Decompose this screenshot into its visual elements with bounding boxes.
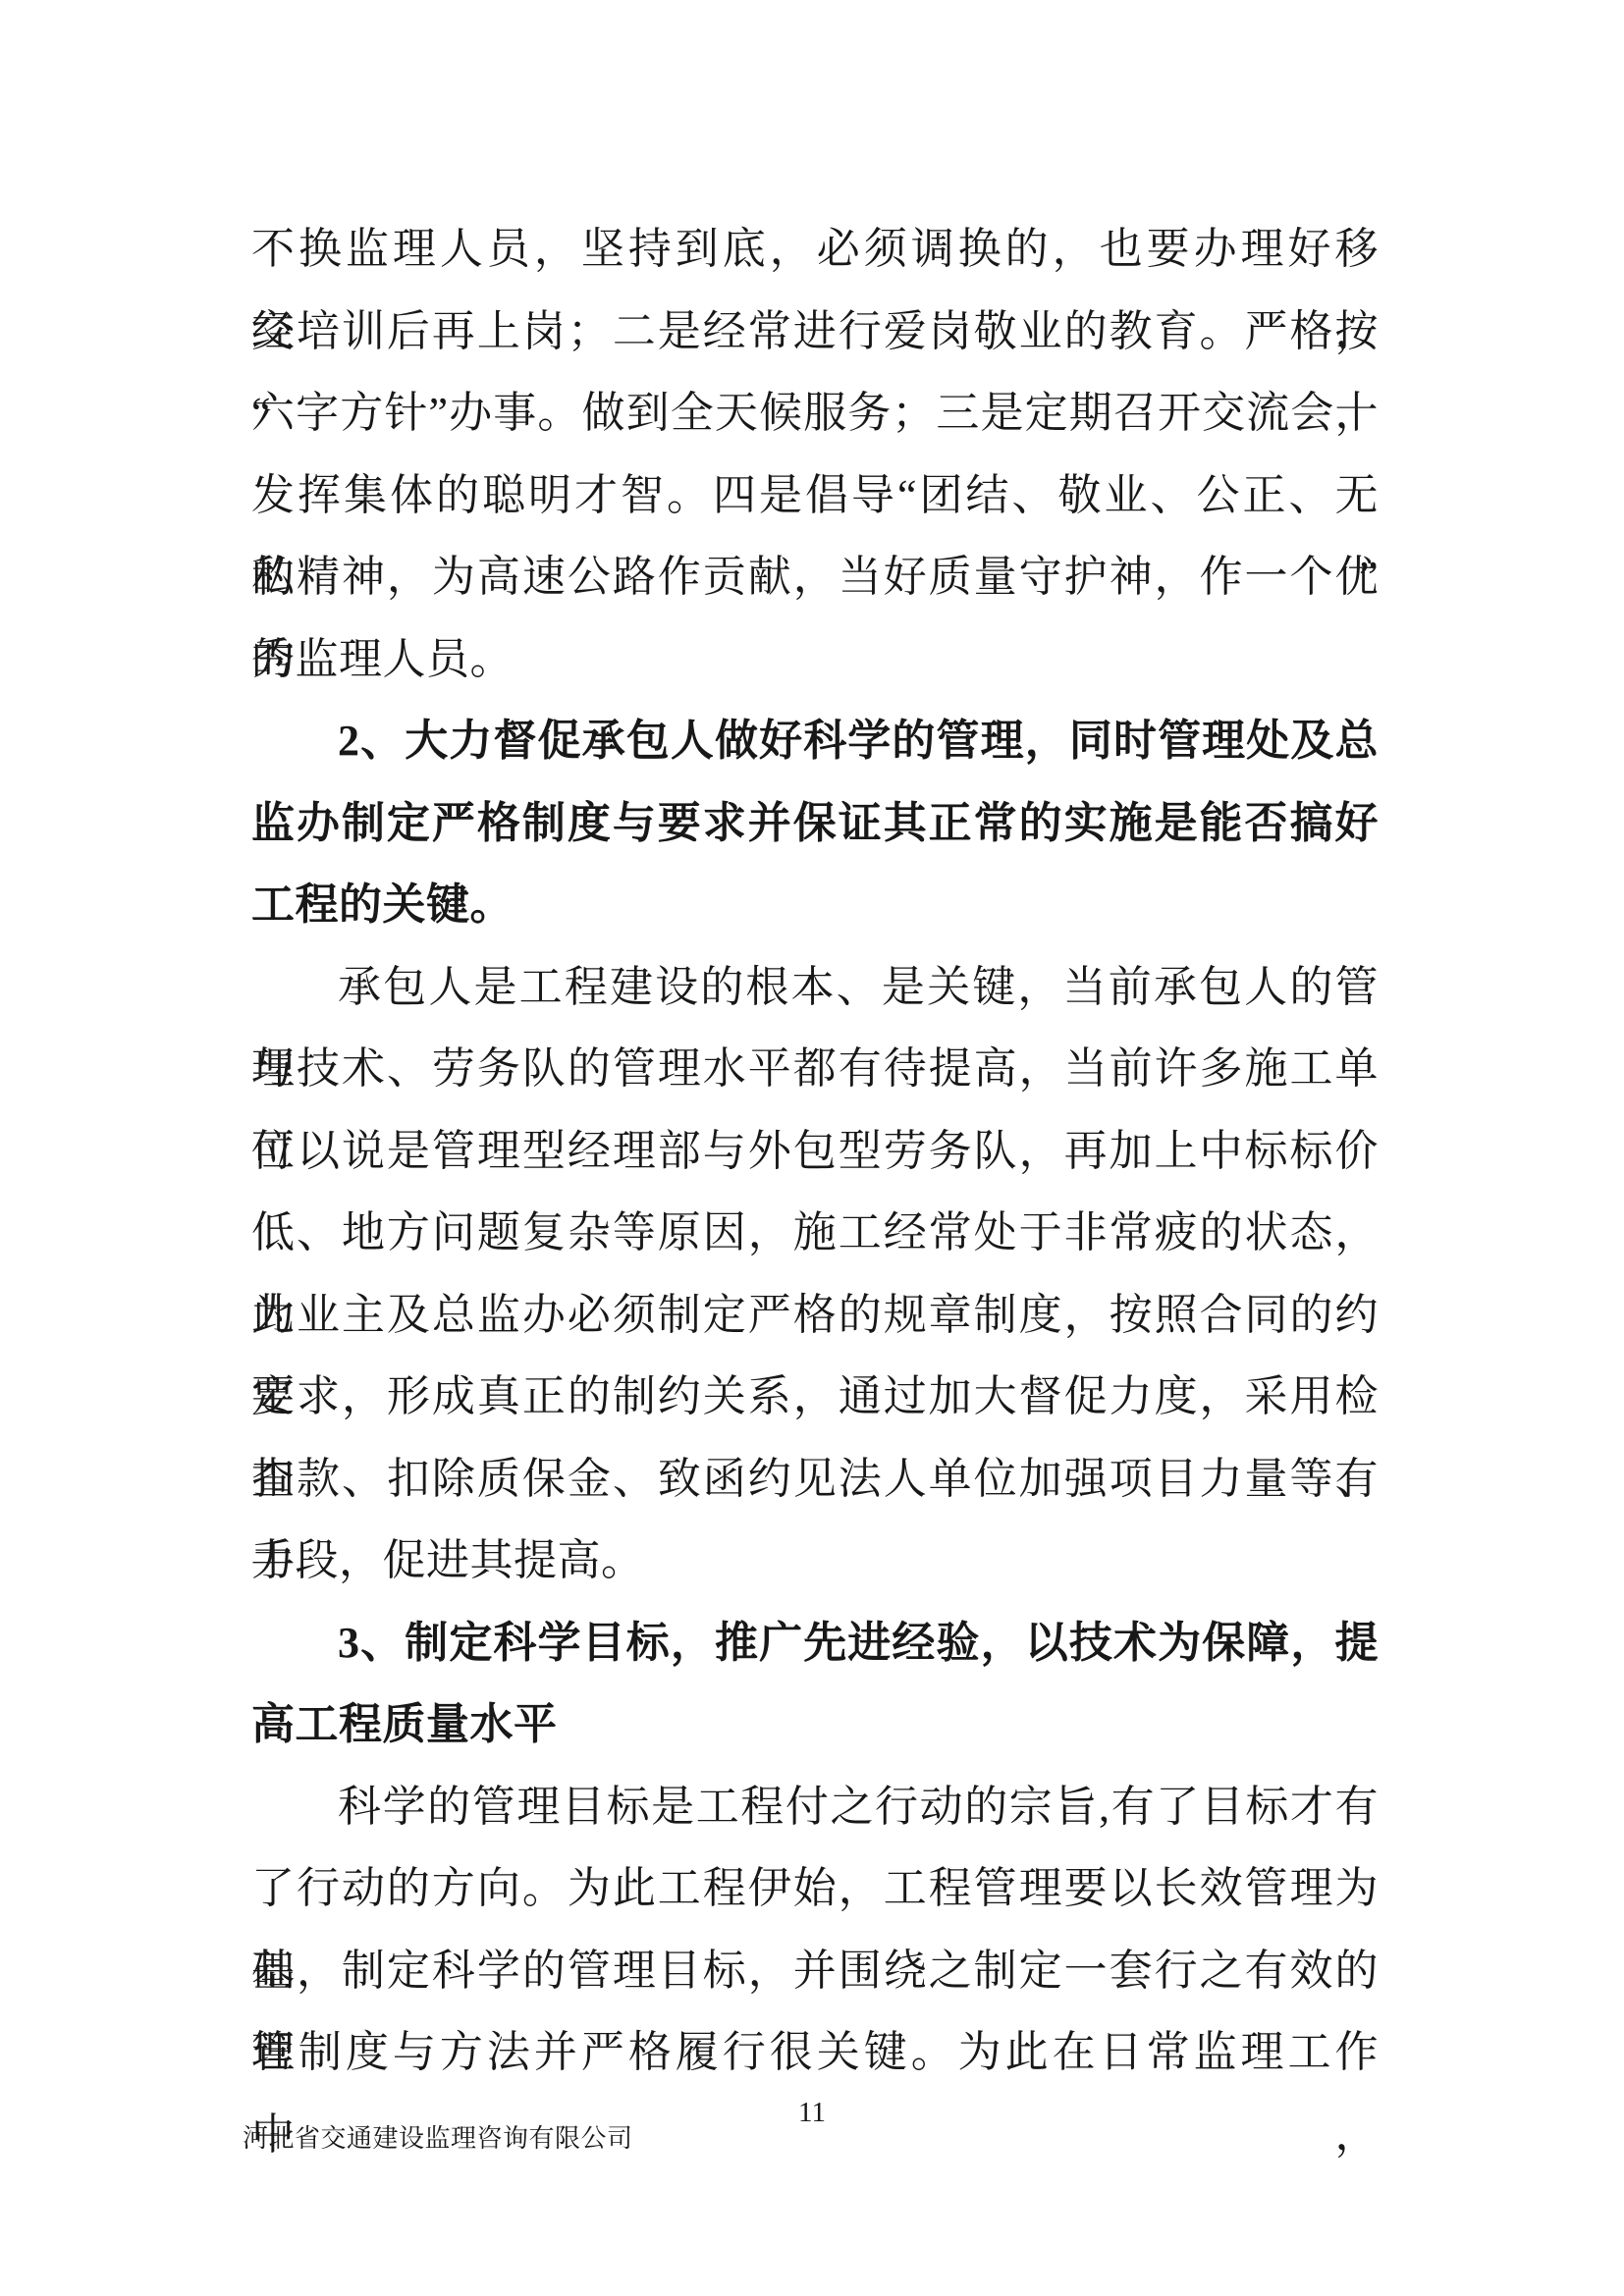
section-heading-2: 监办制定严格制度与要求并保证其正常的实施是能否搞好 bbox=[251, 782, 1379, 865]
section-heading-2: 2、大力督促承包人做好科学的管理，同时管理处及总 bbox=[251, 700, 1379, 782]
text-line: 了行动的方向。为此工程伊始，工程管理要以长效管理为基 bbox=[251, 1847, 1379, 1930]
section-heading-2: 工程的关键。 bbox=[251, 864, 1379, 946]
text-line: 要求，形成真正的制约关系，通过加大督促力度，采用检查、 bbox=[251, 1356, 1379, 1438]
text-line: 不换监理人员，坚持到底，必须调换的，也要办理好移交， bbox=[251, 208, 1379, 291]
document-body: 不换监理人员，坚持到底，必须调换的，也要办理好移交， 经培训后再上岗；二是经常进… bbox=[251, 208, 1379, 2094]
text-line: 科学的管理目标是工程付之行动的宗旨,有了目标才有 bbox=[251, 1766, 1379, 1848]
text-line: 经培训后再上岗；二是经常进行爱岗敬业的教育。严格按“十 bbox=[251, 291, 1379, 373]
text-line: 扣款、扣除质保金、致函约见法人单位加强项目力量等有力 bbox=[251, 1438, 1379, 1521]
footer-company-name: 河北省交通建设监理咨询有限公司 bbox=[243, 2122, 633, 2156]
text-line: 可以说是管理型经理部与外包型劳务队，再加上中标标价 bbox=[251, 1110, 1379, 1193]
text-line: 承包人是工程建设的根本、是关键，当前承包人的管理 bbox=[251, 946, 1379, 1029]
text-line: 的监理人员。 bbox=[251, 618, 1379, 701]
text-line: 手段，促进其提高。 bbox=[251, 1520, 1379, 1602]
text-line: 发挥集体的聪明才智。四是倡导“团结、敬业、公正、无私” bbox=[251, 454, 1379, 537]
document-page: 不换监理人员，坚持到底，必须调换的，也要办理好移交， 经培训后再上岗；二是经常进… bbox=[0, 0, 1624, 2296]
section-heading-3: 3、制定科学目标，推广先进经验，以技术为保障，提 bbox=[251, 1602, 1379, 1684]
text-line: 与技术、劳务队的管理水平都有待提高，当前许多施工单位 bbox=[251, 1028, 1379, 1110]
text-line: 的精神，为高速公路作贡献，当好质量守护神，作一个优秀 bbox=[251, 536, 1379, 618]
text-line: 六字方针”办事。做到全天候服务；三是定期召开交流会， bbox=[251, 372, 1379, 454]
text-line: 低、地方问题复杂等原因，施工经常处于非常疲的状态，为 bbox=[251, 1192, 1379, 1274]
text-line: 理制度与方法并严格履行很关键。为此在日常监理工作中， bbox=[251, 2011, 1379, 2094]
text-line: 此业主及总监办必须制定严格的规章制度，按照合同的约定 bbox=[251, 1274, 1379, 1357]
section-heading-3: 高工程质量水平 bbox=[251, 1683, 1379, 1766]
text-line: 础，制定科学的管理目标，并围绕之制定一套行之有效的管 bbox=[251, 1930, 1379, 2012]
